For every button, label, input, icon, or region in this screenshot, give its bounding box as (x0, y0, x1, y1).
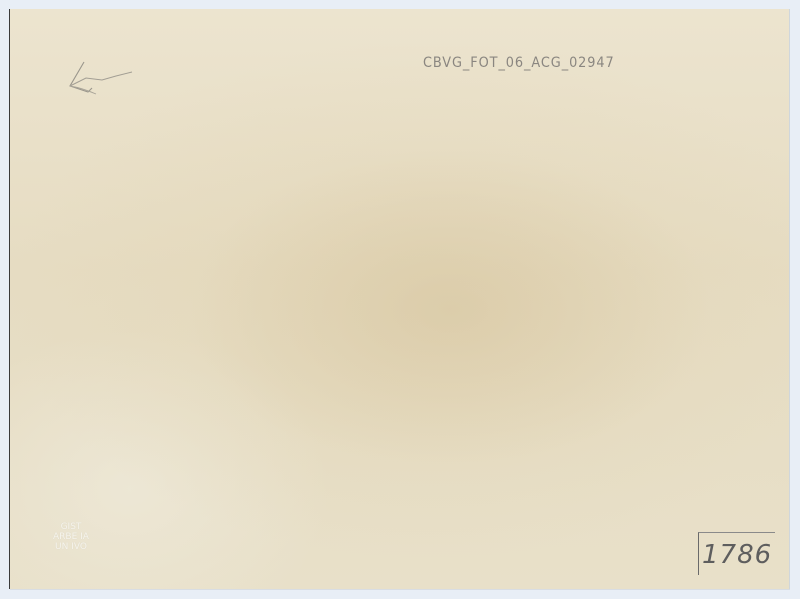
stamp-line: GIST (36, 522, 106, 532)
catalog-number: CBVG_FOT_06_ACG_02947 (423, 55, 615, 71)
arrow-icon (62, 58, 172, 106)
inventory-number: 1786 (702, 540, 772, 570)
stamp-line: UN IVO (36, 542, 106, 552)
stamp-line: ARBE IA (36, 532, 106, 542)
embossed-stamp: GIST ARBE IA UN IVO (36, 522, 106, 556)
